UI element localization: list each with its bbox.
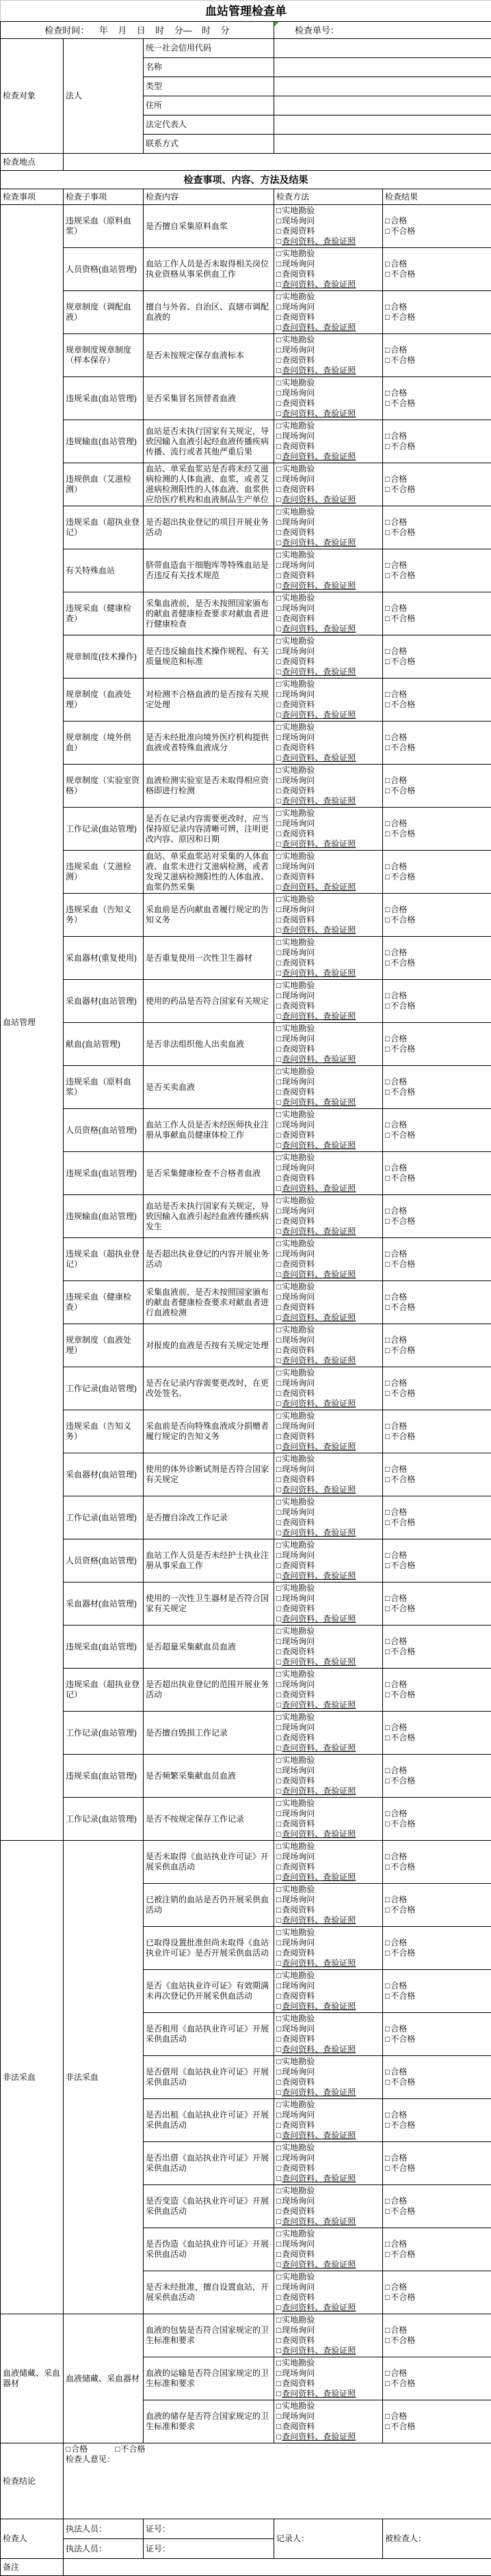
method-option-checkbox[interactable]: □实地勘验 bbox=[276, 1540, 380, 1550]
method-option-checkbox[interactable]: □查阅资料 bbox=[276, 1733, 380, 1743]
result-option-checkbox[interactable]: □合格 bbox=[385, 1120, 489, 1130]
result-option-checkbox[interactable]: □合格 bbox=[385, 2196, 489, 2206]
result-option-checkbox[interactable]: □不合格 bbox=[385, 1905, 489, 1915]
method-option-checkbox[interactable]: □现场询问 bbox=[276, 1335, 380, 1345]
result-option-checkbox[interactable]: □合格 bbox=[385, 1163, 489, 1173]
result-option-checkbox[interactable]: □合格 bbox=[385, 2368, 489, 2379]
result-option-checkbox[interactable]: □合格 bbox=[385, 1077, 489, 1087]
result-option-checkbox[interactable]: □合格 bbox=[385, 474, 489, 484]
method-option-checkbox[interactable]: □查问资料、查验证照 bbox=[276, 1399, 380, 1409]
method-option-checkbox[interactable]: □查阅资料 bbox=[276, 1001, 380, 1011]
method-option-checkbox[interactable]: □现场询问 bbox=[276, 1206, 380, 1216]
result-option-checkbox[interactable]: □合格 bbox=[385, 431, 489, 441]
result-option-checkbox[interactable]: □合格 bbox=[385, 1249, 489, 1259]
method-option-checkbox[interactable]: □实地勘验 bbox=[276, 464, 380, 474]
method-option-checkbox[interactable]: □查阅资料 bbox=[276, 484, 380, 495]
method-option-checkbox[interactable]: □现场询问 bbox=[276, 862, 380, 872]
method-option-checkbox[interactable]: □实地勘验 bbox=[276, 421, 380, 431]
method-option-checkbox[interactable]: □实地勘验 bbox=[276, 2143, 380, 2153]
method-option-checkbox[interactable]: □查阅资料 bbox=[276, 2034, 380, 2044]
result-option-checkbox[interactable]: □不合格 bbox=[385, 700, 489, 710]
method-option-checkbox[interactable]: □现场询问 bbox=[276, 1249, 380, 1259]
result-option-checkbox[interactable]: □合格 bbox=[385, 216, 489, 226]
method-option-checkbox[interactable]: □现场询问 bbox=[276, 2153, 380, 2163]
method-option-checkbox[interactable]: □现场询问 bbox=[276, 2239, 380, 2249]
result-option-checkbox[interactable]: □合格 bbox=[385, 1335, 489, 1345]
method-option-checkbox[interactable]: □查阅资料 bbox=[276, 700, 380, 710]
result-option-checkbox[interactable]: □不合格 bbox=[385, 1044, 489, 1054]
result-option-checkbox[interactable]: □合格 bbox=[385, 2325, 489, 2335]
result-option-checkbox[interactable]: □不合格 bbox=[385, 2335, 489, 2346]
method-option-checkbox[interactable]: □现场询问 bbox=[276, 2024, 380, 2034]
result-option-checkbox[interactable]: □合格 bbox=[385, 2110, 489, 2120]
method-option-checkbox[interactable]: □现场询问 bbox=[276, 1766, 380, 1776]
result-option-checkbox[interactable]: □合格 bbox=[385, 689, 489, 700]
method-option-checkbox[interactable]: □现场询问 bbox=[276, 991, 380, 1001]
method-option-checkbox[interactable]: □实地勘验 bbox=[276, 981, 380, 991]
method-option-checkbox[interactable]: □查阅资料 bbox=[276, 1647, 380, 1657]
result-option-checkbox[interactable]: □合格 bbox=[385, 1938, 489, 1948]
result-option-checkbox[interactable]: □合格 bbox=[385, 1206, 489, 1216]
method-option-checkbox[interactable]: □现场询问 bbox=[276, 1938, 380, 1948]
method-option-checkbox[interactable]: □查阅资料 bbox=[276, 1087, 380, 1097]
method-option-checkbox[interactable]: □查问资料、查验证照 bbox=[276, 1183, 380, 1194]
result-option-checkbox[interactable]: □不合格 bbox=[385, 872, 489, 882]
result-option-checkbox[interactable]: □不合格 bbox=[385, 2292, 489, 2303]
method-option-checkbox[interactable]: □查问资料、查验证照 bbox=[276, 796, 380, 806]
method-option-checkbox[interactable]: □实地勘验 bbox=[276, 851, 380, 862]
method-option-checkbox[interactable]: □查问资料、查验证照 bbox=[276, 1140, 380, 1151]
result-option-checkbox[interactable]: □合格 bbox=[385, 732, 489, 743]
result-option-checkbox[interactable]: □不合格 bbox=[385, 915, 489, 925]
method-option-checkbox[interactable]: □现场询问 bbox=[276, 2368, 380, 2379]
method-option-checkbox[interactable]: □查问资料、查验证照 bbox=[276, 1054, 380, 1065]
field-value[interactable] bbox=[274, 135, 491, 154]
method-option-checkbox[interactable]: □查问资料、查验证照 bbox=[276, 1097, 380, 1108]
result-option-checkbox[interactable]: □合格 bbox=[385, 1378, 489, 1388]
method-option-checkbox[interactable]: □查阅资料 bbox=[276, 1905, 380, 1915]
method-option-checkbox[interactable]: □实地勘验 bbox=[276, 937, 380, 948]
result-option-checkbox[interactable]: □不合格 bbox=[385, 1216, 489, 1227]
cert-number-field[interactable]: 证号： bbox=[144, 2519, 274, 2539]
method-option-checkbox[interactable]: □查问资料、查验证照 bbox=[276, 839, 380, 849]
method-option-checkbox[interactable]: □查问资料、查验证照 bbox=[276, 2260, 380, 2270]
result-option-checkbox[interactable]: □不合格 bbox=[385, 484, 489, 495]
method-option-checkbox[interactable]: □实地勘验 bbox=[276, 1110, 380, 1120]
result-option-checkbox[interactable]: □不合格 bbox=[385, 958, 489, 968]
method-option-checkbox[interactable]: □查问资料、查验证照 bbox=[276, 1829, 380, 1839]
method-option-checkbox[interactable]: □现场询问 bbox=[276, 1593, 380, 1604]
method-option-checkbox[interactable]: □实地勘验 bbox=[276, 1841, 380, 1852]
method-option-checkbox[interactable]: □现场询问 bbox=[276, 1292, 380, 1302]
method-option-checkbox[interactable]: □查阅资料 bbox=[276, 2249, 380, 2260]
method-option-checkbox[interactable]: □查阅资料 bbox=[276, 2422, 380, 2432]
law-officer-field[interactable]: 执法人员： bbox=[64, 2539, 144, 2559]
method-option-checkbox[interactable]: □查问资料、查验证照 bbox=[276, 1011, 380, 1022]
method-option-checkbox[interactable]: □查问资料、查验证照 bbox=[276, 667, 380, 677]
doc-number-field[interactable]: 检查单号： bbox=[274, 22, 491, 39]
method-option-checkbox[interactable]: □查阅资料 bbox=[276, 1302, 380, 1313]
result-option-checkbox[interactable]: □不合格 bbox=[385, 829, 489, 839]
method-option-checkbox[interactable]: □查阅资料 bbox=[276, 958, 380, 968]
result-option-checkbox[interactable]: □不合格 bbox=[385, 571, 489, 581]
method-option-checkbox[interactable]: □查阅资料 bbox=[276, 1948, 380, 1958]
result-option-checkbox[interactable]: □不合格 bbox=[385, 1259, 489, 1270]
method-option-checkbox[interactable]: □查阅资料 bbox=[276, 1044, 380, 1054]
method-option-checkbox[interactable]: □现场询问 bbox=[276, 1464, 380, 1475]
result-option-checkbox[interactable]: □合格 bbox=[385, 1292, 489, 1302]
method-option-checkbox[interactable]: □实地勘验 bbox=[276, 335, 380, 345]
result-option-checkbox[interactable]: □不合格 bbox=[385, 1862, 489, 1872]
method-option-checkbox[interactable]: □查问资料、查验证照 bbox=[276, 1442, 380, 1452]
result-option-checkbox[interactable]: □不合格 bbox=[385, 1819, 489, 1829]
result-option-checkbox[interactable]: □不合格 bbox=[385, 1604, 489, 1614]
inspection-time-field[interactable]: 检查时间： 年 月 日 时 分— 时 分 bbox=[1, 22, 274, 39]
method-option-checkbox[interactable]: □实地勘验 bbox=[276, 765, 380, 776]
method-option-checkbox[interactable]: □现场询问 bbox=[276, 646, 380, 657]
method-option-checkbox[interactable]: □现场询问 bbox=[276, 948, 380, 958]
result-option-checkbox[interactable]: □合格 bbox=[385, 517, 489, 527]
method-option-checkbox[interactable]: □实地勘验 bbox=[276, 1712, 380, 1723]
method-option-checkbox[interactable]: □现场询问 bbox=[276, 517, 380, 527]
method-option-checkbox[interactable]: □现场询问 bbox=[276, 2325, 380, 2335]
method-option-checkbox[interactable]: □现场询问 bbox=[276, 2282, 380, 2292]
method-option-checkbox[interactable]: □现场询问 bbox=[276, 1421, 380, 1431]
method-option-checkbox[interactable]: □查问资料、查验证照 bbox=[276, 624, 380, 634]
method-option-checkbox[interactable]: □查问资料、查验证照 bbox=[276, 366, 380, 376]
method-option-checkbox[interactable]: □查阅资料 bbox=[276, 2206, 380, 2217]
result-option-checkbox[interactable]: □不合格 bbox=[385, 2077, 489, 2087]
location-value[interactable] bbox=[64, 154, 491, 171]
method-option-checkbox[interactable]: □查阅资料 bbox=[276, 527, 380, 538]
result-option-checkbox[interactable]: □合格 bbox=[385, 1895, 489, 1905]
method-option-checkbox[interactable]: □现场询问 bbox=[276, 2110, 380, 2120]
result-option-checkbox[interactable]: □合格 bbox=[385, 1593, 489, 1604]
method-option-checkbox[interactable]: □查阅资料 bbox=[276, 1561, 380, 1571]
method-option-checkbox[interactable]: □查问资料、查验证照 bbox=[276, 2346, 380, 2356]
method-option-checkbox[interactable]: □实地勘验 bbox=[276, 1971, 380, 1981]
result-option-checkbox[interactable]: □不合格 bbox=[385, 226, 489, 236]
method-option-checkbox[interactable]: □查阅资料 bbox=[276, 1259, 380, 1270]
method-option-checkbox[interactable]: □实地勘验 bbox=[276, 1282, 380, 1292]
method-option-checkbox[interactable]: □查问资料、查验证照 bbox=[276, 323, 380, 333]
method-option-checkbox[interactable]: □查阅资料 bbox=[276, 1130, 380, 1140]
method-option-checkbox[interactable]: □实地勘验 bbox=[276, 2401, 380, 2411]
result-option-checkbox[interactable]: □不合格 bbox=[385, 1647, 489, 1657]
field-value[interactable] bbox=[274, 77, 491, 96]
result-option-checkbox[interactable]: □合格 bbox=[385, 1852, 489, 1862]
method-option-checkbox[interactable]: □实地勘验 bbox=[276, 1411, 380, 1421]
result-option-checkbox[interactable]: □不合格 bbox=[385, 1001, 489, 1011]
result-option-checkbox[interactable]: □合格 bbox=[385, 905, 489, 915]
method-option-checkbox[interactable]: □查阅资料 bbox=[276, 2379, 380, 2389]
method-option-checkbox[interactable]: □查问资料、查验证照 bbox=[276, 538, 380, 548]
method-option-checkbox[interactable]: □查问资料、查验证照 bbox=[276, 1356, 380, 1366]
result-option-checkbox[interactable]: □不合格 bbox=[385, 1733, 489, 1743]
result-option-checkbox[interactable]: □合格 bbox=[385, 646, 489, 657]
method-option-checkbox[interactable]: □查问资料、查验证照 bbox=[276, 1700, 380, 1710]
method-option-checkbox[interactable]: □查阅资料 bbox=[276, 1431, 380, 1442]
result-option-checkbox[interactable]: □合格 bbox=[385, 2153, 489, 2163]
result-option-checkbox[interactable]: □合格 bbox=[385, 819, 489, 829]
method-option-checkbox[interactable]: □现场询问 bbox=[276, 1852, 380, 1862]
result-option-checkbox[interactable]: □合格 bbox=[385, 302, 489, 312]
method-option-checkbox[interactable]: □实地勘验 bbox=[276, 2272, 380, 2282]
method-option-checkbox[interactable]: □查问资料、查验证照 bbox=[276, 2130, 380, 2141]
method-option-checkbox[interactable]: □查阅资料 bbox=[276, 226, 380, 236]
law-officer-field[interactable]: 执法人员： bbox=[64, 2519, 144, 2539]
cert-number-field[interactable]: 证号： bbox=[144, 2539, 274, 2559]
method-option-checkbox[interactable]: □查问资料、查验证照 bbox=[276, 495, 380, 505]
method-option-checkbox[interactable]: □实地勘验 bbox=[276, 1325, 380, 1335]
method-option-checkbox[interactable]: □现场询问 bbox=[276, 2411, 380, 2422]
method-option-checkbox[interactable]: □现场询问 bbox=[276, 603, 380, 614]
result-option-checkbox[interactable]: □合格 bbox=[385, 1636, 489, 1647]
method-option-checkbox[interactable]: □实地勘验 bbox=[276, 2057, 380, 2067]
result-option-checkbox[interactable]: □不合格 bbox=[385, 1561, 489, 1571]
method-option-checkbox[interactable]: □现场询问 bbox=[276, 1680, 380, 1690]
method-option-checkbox[interactable]: □查阅资料 bbox=[276, 872, 380, 882]
method-option-checkbox[interactable]: □查阅资料 bbox=[276, 915, 380, 925]
method-option-checkbox[interactable]: □查阅资料 bbox=[276, 829, 380, 839]
result-option-checkbox[interactable]: □不合格 bbox=[385, 1431, 489, 1442]
method-option-checkbox[interactable]: □查阅资料 bbox=[276, 657, 380, 667]
method-option-checkbox[interactable]: □现场询问 bbox=[276, 1723, 380, 1733]
result-option-checkbox[interactable]: □合格 bbox=[385, 1723, 489, 1733]
method-option-checkbox[interactable]: □查问资料、查验证照 bbox=[276, 1313, 380, 1323]
method-option-checkbox[interactable]: □查阅资料 bbox=[276, 571, 380, 581]
method-option-checkbox[interactable]: □查问资料、查验证照 bbox=[276, 1915, 380, 1926]
result-option-checkbox[interactable]: □合格 bbox=[385, 560, 489, 571]
method-option-checkbox[interactable]: □实地勘验 bbox=[276, 1024, 380, 1034]
method-option-checkbox[interactable]: □查阅资料 bbox=[276, 355, 380, 366]
method-option-checkbox[interactable]: □查阅资料 bbox=[276, 312, 380, 323]
method-option-checkbox[interactable]: □实地勘验 bbox=[276, 1067, 380, 1077]
method-option-checkbox[interactable]: □查阅资料 bbox=[276, 269, 380, 279]
result-option-checkbox[interactable]: □不合格 bbox=[385, 614, 489, 624]
result-option-checkbox[interactable]: □合格 bbox=[385, 1809, 489, 1819]
method-option-checkbox[interactable]: □查问资料、查验证照 bbox=[276, 2087, 380, 2098]
method-option-checkbox[interactable]: □查问资料、查验证照 bbox=[276, 2044, 380, 2055]
method-option-checkbox[interactable]: □现场询问 bbox=[276, 819, 380, 829]
method-option-checkbox[interactable]: □现场询问 bbox=[276, 1378, 380, 1388]
result-option-checkbox[interactable]: □不合格 bbox=[385, 2034, 489, 2044]
method-option-checkbox[interactable]: □实地勘验 bbox=[276, 1798, 380, 1809]
method-option-checkbox[interactable]: □查阅资料 bbox=[276, 1690, 380, 1700]
result-option-checkbox[interactable]: □不合格 bbox=[385, 2120, 489, 2130]
method-option-checkbox[interactable]: □查问资料、查验证照 bbox=[276, 1872, 380, 1882]
field-value[interactable] bbox=[274, 39, 491, 58]
result-option-checkbox[interactable]: □不合格 bbox=[385, 1690, 489, 1700]
result-option-checkbox[interactable]: □不合格 bbox=[385, 1776, 489, 1786]
recorder-field[interactable]: 记录人： bbox=[274, 2519, 383, 2559]
result-option-checkbox[interactable]: □不合格 bbox=[385, 743, 489, 753]
method-option-checkbox[interactable]: □查阅资料 bbox=[276, 743, 380, 753]
method-option-checkbox[interactable]: □现场询问 bbox=[276, 388, 380, 398]
method-option-checkbox[interactable]: □查阅资料 bbox=[276, 1173, 380, 1183]
method-option-checkbox[interactable]: □查阅资料 bbox=[276, 2292, 380, 2303]
method-option-checkbox[interactable]: □现场询问 bbox=[276, 1809, 380, 1819]
result-option-checkbox[interactable]: □不合格 bbox=[385, 2422, 489, 2432]
method-option-checkbox[interactable]: □实地勘验 bbox=[276, 1885, 380, 1895]
method-option-checkbox[interactable]: □实地勘验 bbox=[276, 1196, 380, 1206]
method-option-checkbox[interactable]: □实地勘验 bbox=[276, 593, 380, 603]
result-option-checkbox[interactable]: □不合格 bbox=[385, 1388, 489, 1399]
result-option-checkbox[interactable]: □不合格 bbox=[385, 355, 489, 366]
method-option-checkbox[interactable]: □现场询问 bbox=[276, 1981, 380, 1991]
method-option-checkbox[interactable]: □查问资料、查验证照 bbox=[276, 1786, 380, 1796]
result-option-checkbox[interactable]: □不合格 bbox=[385, 312, 489, 323]
method-option-checkbox[interactable]: □查阅资料 bbox=[276, 1518, 380, 1528]
result-option-checkbox[interactable]: □不合格 bbox=[385, 1991, 489, 2001]
remark-value[interactable] bbox=[64, 2559, 491, 2576]
method-option-checkbox[interactable]: □现场询问 bbox=[276, 1034, 380, 1044]
method-option-checkbox[interactable]: □实地勘验 bbox=[276, 808, 380, 819]
method-option-checkbox[interactable]: □实地勘验 bbox=[276, 550, 380, 560]
method-option-checkbox[interactable]: □现场询问 bbox=[276, 2067, 380, 2077]
method-option-checkbox[interactable]: □查阅资料 bbox=[276, 2077, 380, 2087]
method-option-checkbox[interactable]: □查问资料、查验证照 bbox=[276, 1571, 380, 1581]
result-option-checkbox[interactable]: □合格 bbox=[385, 603, 489, 614]
method-option-checkbox[interactable]: □查问资料、查验证照 bbox=[276, 710, 380, 720]
method-option-checkbox[interactable]: □实地勘验 bbox=[276, 636, 380, 646]
method-option-checkbox[interactable]: □查问资料、查验证照 bbox=[276, 2389, 380, 2399]
method-option-checkbox[interactable]: □实地勘验 bbox=[276, 1153, 380, 1163]
method-option-checkbox[interactable]: □实地勘验 bbox=[276, 894, 380, 905]
method-option-checkbox[interactable]: □现场询问 bbox=[276, 302, 380, 312]
method-option-checkbox[interactable]: □查问资料、查验证照 bbox=[276, 753, 380, 763]
result-option-checkbox[interactable]: □合格 bbox=[385, 388, 489, 398]
method-option-checkbox[interactable]: □查问资料、查验证照 bbox=[276, 2217, 380, 2227]
method-option-checkbox[interactable]: □现场询问 bbox=[276, 216, 380, 226]
method-option-checkbox[interactable]: □实地勘验 bbox=[276, 1497, 380, 1507]
method-option-checkbox[interactable]: □现场询问 bbox=[276, 560, 380, 571]
result-option-checkbox[interactable]: □合格 bbox=[385, 1464, 489, 1475]
result-option-checkbox[interactable]: □合格 bbox=[385, 259, 489, 269]
result-option-checkbox[interactable]: □不合格 bbox=[385, 269, 489, 279]
result-option-checkbox[interactable]: □合格 bbox=[385, 1550, 489, 1561]
method-option-checkbox[interactable]: □查阅资料 bbox=[276, 398, 380, 409]
method-option-checkbox[interactable]: □查问资料、查验证照 bbox=[276, 279, 380, 290]
method-option-checkbox[interactable]: □实地勘验 bbox=[276, 1583, 380, 1593]
method-option-checkbox[interactable]: □现场询问 bbox=[276, 1636, 380, 1647]
inspected-person-field[interactable]: 被检查人： bbox=[383, 2519, 491, 2559]
result-option-checkbox[interactable]: □合格 bbox=[385, 1981, 489, 1991]
method-option-checkbox[interactable]: □现场询问 bbox=[276, 1550, 380, 1561]
method-option-checkbox[interactable]: □查阅资料 bbox=[276, 1991, 380, 2001]
method-option-checkbox[interactable]: □实地勘验 bbox=[276, 1368, 380, 1378]
method-option-checkbox[interactable]: □查阅资料 bbox=[276, 1819, 380, 1829]
method-option-checkbox[interactable]: □现场询问 bbox=[276, 474, 380, 484]
method-option-checkbox[interactable]: □查阅资料 bbox=[276, 1216, 380, 1227]
method-option-checkbox[interactable]: □查问资料、查验证照 bbox=[276, 968, 380, 978]
method-option-checkbox[interactable]: □查问资料、查验证照 bbox=[276, 2174, 380, 2184]
method-option-checkbox[interactable]: □现场询问 bbox=[276, 689, 380, 700]
result-option-checkbox[interactable]: □合格 bbox=[385, 1421, 489, 1431]
result-option-checkbox[interactable]: □不合格 bbox=[385, 1087, 489, 1097]
method-option-checkbox[interactable]: □查问资料、查验证照 bbox=[276, 1528, 380, 1538]
result-option-checkbox[interactable]: □合格 bbox=[385, 2282, 489, 2292]
method-option-checkbox[interactable]: □现场询问 bbox=[276, 732, 380, 743]
method-option-checkbox[interactable]: □实地勘验 bbox=[276, 2186, 380, 2196]
result-option-checkbox[interactable]: □合格 bbox=[385, 991, 489, 1001]
method-option-checkbox[interactable]: □查阅资料 bbox=[276, 2335, 380, 2346]
method-option-checkbox[interactable]: □查阅资料 bbox=[276, 786, 380, 796]
method-option-checkbox[interactable]: □查问资料、查验证照 bbox=[276, 2303, 380, 2313]
method-option-checkbox[interactable]: □实地勘验 bbox=[276, 1755, 380, 1766]
method-option-checkbox[interactable]: □查阅资料 bbox=[276, 1475, 380, 1485]
method-option-checkbox[interactable]: □查问资料、查验证照 bbox=[276, 581, 380, 591]
method-option-checkbox[interactable]: □现场询问 bbox=[276, 259, 380, 269]
result-option-checkbox[interactable]: □不合格 bbox=[385, 2163, 489, 2174]
conclusion-fail-checkbox[interactable]: □不合格 bbox=[115, 2444, 145, 2454]
method-option-checkbox[interactable]: □实地勘验 bbox=[276, 1928, 380, 1938]
method-option-checkbox[interactable]: □查问资料、查验证照 bbox=[276, 925, 380, 935]
method-option-checkbox[interactable]: □查问资料、查验证照 bbox=[276, 1743, 380, 1753]
method-option-checkbox[interactable]: □实地勘验 bbox=[276, 1239, 380, 1249]
method-option-checkbox[interactable]: □查阅资料 bbox=[276, 614, 380, 624]
method-option-checkbox[interactable]: □查阅资料 bbox=[276, 1862, 380, 1872]
result-option-checkbox[interactable]: □合格 bbox=[385, 1507, 489, 1518]
method-option-checkbox[interactable]: □实地勘验 bbox=[276, 206, 380, 216]
result-option-checkbox[interactable]: □不合格 bbox=[385, 1302, 489, 1313]
method-option-checkbox[interactable]: □现场询问 bbox=[276, 776, 380, 786]
result-option-checkbox[interactable]: □不合格 bbox=[385, 527, 489, 538]
method-option-checkbox[interactable]: □实地勘验 bbox=[276, 378, 380, 388]
result-option-checkbox[interactable]: □合格 bbox=[385, 862, 489, 872]
result-option-checkbox[interactable]: □不合格 bbox=[385, 657, 489, 667]
result-option-checkbox[interactable]: □不合格 bbox=[385, 1475, 489, 1485]
method-option-checkbox[interactable]: □实地勘验 bbox=[276, 679, 380, 689]
method-option-checkbox[interactable]: □现场询问 bbox=[276, 1895, 380, 1905]
result-option-checkbox[interactable]: □不合格 bbox=[385, 2206, 489, 2217]
method-option-checkbox[interactable]: □现场询问 bbox=[276, 1120, 380, 1130]
result-option-checkbox[interactable]: □合格 bbox=[385, 776, 489, 786]
method-option-checkbox[interactable]: □查阅资料 bbox=[276, 2163, 380, 2174]
opinion-blank-area[interactable] bbox=[66, 2465, 489, 2518]
result-option-checkbox[interactable]: □合格 bbox=[385, 345, 489, 355]
result-option-checkbox[interactable]: □合格 bbox=[385, 2024, 489, 2034]
method-option-checkbox[interactable]: □查问资料、查验证照 bbox=[276, 1227, 380, 1237]
result-option-checkbox[interactable]: □合格 bbox=[385, 948, 489, 958]
method-option-checkbox[interactable]: □查问资料、查验证照 bbox=[276, 1270, 380, 1280]
result-option-checkbox[interactable]: □不合格 bbox=[385, 2379, 489, 2389]
result-option-checkbox[interactable]: □合格 bbox=[385, 2411, 489, 2422]
result-option-checkbox[interactable]: □不合格 bbox=[385, 786, 489, 796]
method-option-checkbox[interactable]: □查问资料、查验证照 bbox=[276, 2432, 380, 2442]
method-option-checkbox[interactable]: □现场询问 bbox=[276, 345, 380, 355]
method-option-checkbox[interactable]: □现场询问 bbox=[276, 2196, 380, 2206]
method-option-checkbox[interactable]: □查问资料、查验证照 bbox=[276, 409, 380, 419]
method-option-checkbox[interactable]: □现场询问 bbox=[276, 1163, 380, 1173]
method-option-checkbox[interactable]: □查阅资料 bbox=[276, 1604, 380, 1614]
conclusion-area[interactable]: □合格 □不合格 检查人意见： bbox=[64, 2443, 491, 2519]
method-option-checkbox[interactable]: □现场询问 bbox=[276, 1507, 380, 1518]
method-option-checkbox[interactable]: □查问资料、查验证照 bbox=[276, 1485, 380, 1495]
method-option-checkbox[interactable]: □查问资料、查验证照 bbox=[276, 1657, 380, 1667]
method-option-checkbox[interactable]: □查问资料、查验证照 bbox=[276, 882, 380, 892]
method-option-checkbox[interactable]: □现场询问 bbox=[276, 431, 380, 441]
field-value[interactable] bbox=[274, 115, 491, 135]
method-option-checkbox[interactable]: □查阅资料 bbox=[276, 1345, 380, 1356]
result-option-checkbox[interactable]: □不合格 bbox=[385, 2249, 489, 2260]
method-option-checkbox[interactable]: □现场询问 bbox=[276, 1077, 380, 1087]
method-option-checkbox[interactable]: □实地勘验 bbox=[276, 292, 380, 302]
method-option-checkbox[interactable]: □查问资料、查验证照 bbox=[276, 2001, 380, 2012]
method-option-checkbox[interactable]: □查问资料、查验证照 bbox=[276, 1614, 380, 1624]
method-option-checkbox[interactable]: □实地勘验 bbox=[276, 1454, 380, 1464]
method-option-checkbox[interactable]: □实地勘验 bbox=[276, 1626, 380, 1636]
